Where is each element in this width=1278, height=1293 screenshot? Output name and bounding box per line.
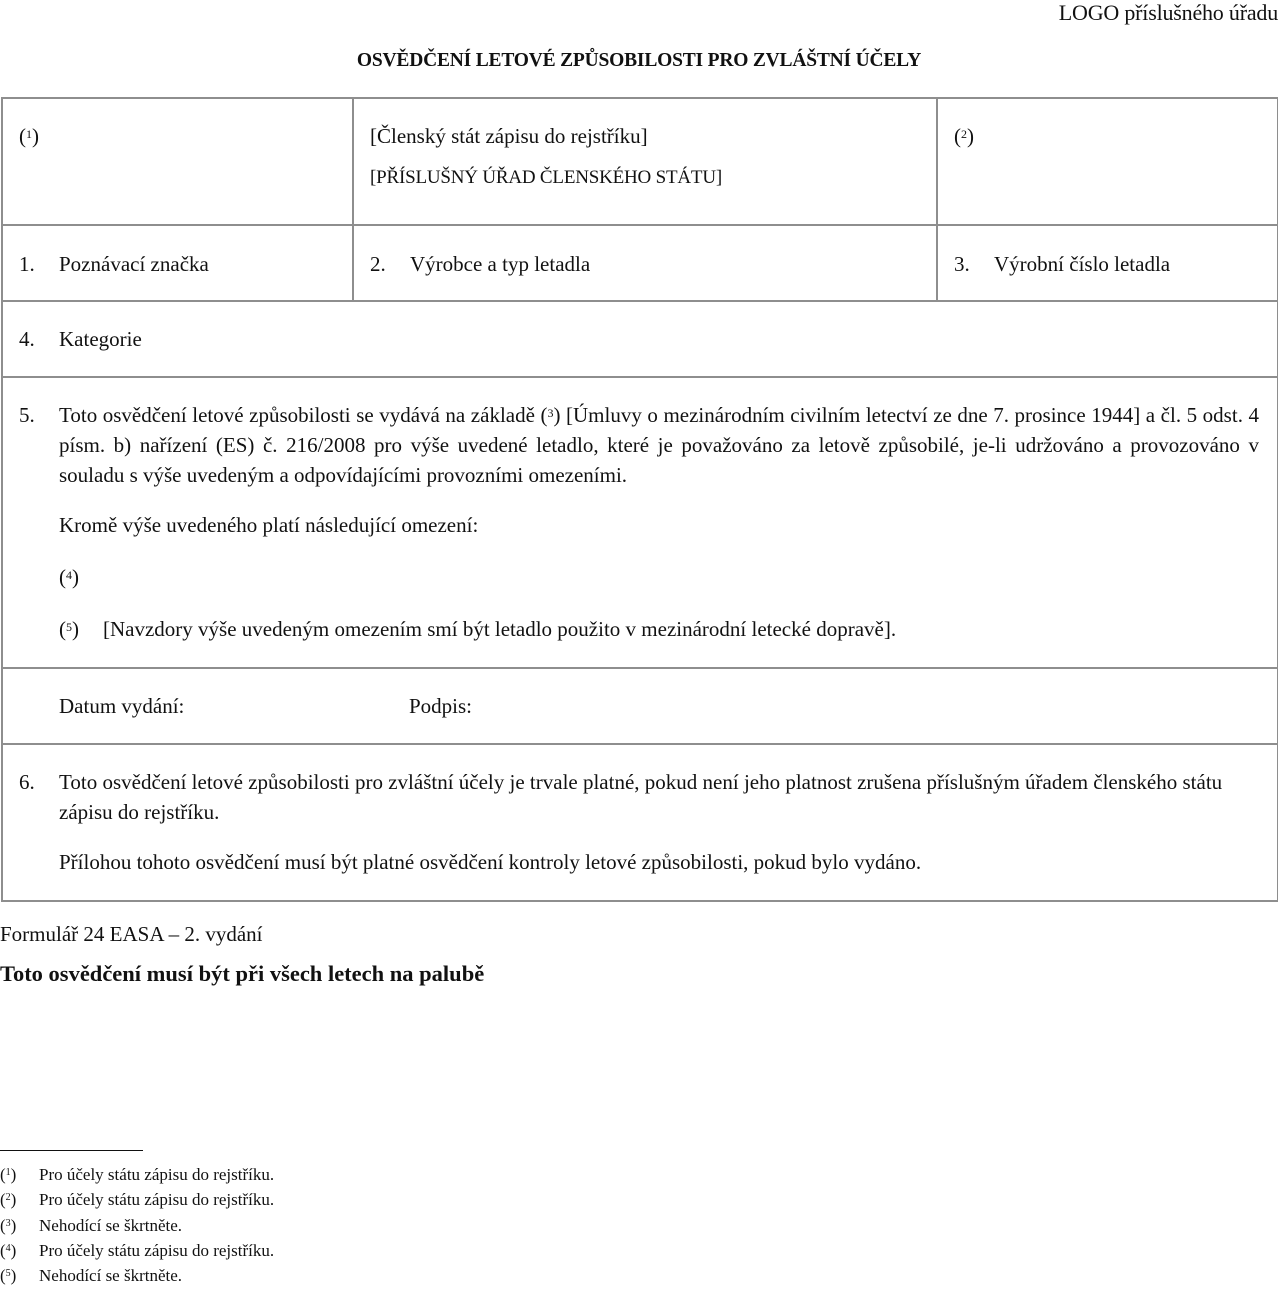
onboard-notice: Toto osvědčení musí být při všech letech…	[0, 959, 484, 989]
basis-row: 5. Toto osvědčení letové způsobilosti se…	[2, 377, 1278, 668]
footnote-separator	[0, 1150, 143, 1151]
serial-number-label: Výrobní číslo letadla	[994, 249, 1277, 279]
footnote-ref-1: (1)	[3, 99, 352, 151]
authority-logo-placeholder: LOGO příslušného úřadu	[1059, 0, 1278, 26]
registration-mark-label: Poznávací značka	[59, 249, 352, 279]
footnote-item: (1) Pro účely státu zápisu do rejstříku.	[0, 1162, 274, 1187]
aircraft-identification-row: 1. Poznávací značka 2. Výrobce a typ let…	[2, 225, 1278, 301]
manufacturer-type-field: 2. Výrobce a typ letadla	[353, 225, 937, 301]
validity-cell: 6. Toto osvědčení letové způsobilosti pr…	[2, 744, 1278, 901]
category-row: 4. Kategorie	[2, 301, 1278, 377]
attachment-statement: Přílohou tohoto osvědčení musí být platn…	[59, 847, 1261, 877]
signature-field: Podpis:	[409, 691, 472, 721]
serial-number-field: 3. Výrobní číslo letadla	[937, 225, 1278, 301]
footnote-item: (3) Nehodící se škrtněte.	[0, 1213, 274, 1238]
issue-row: Datum vydání: Podpis:	[2, 668, 1278, 744]
footnote-item: (2) Pro účely státu zápisu do rejstříku.	[0, 1187, 274, 1212]
footnote-item: (5) Nehodící se škrtněte.	[0, 1263, 274, 1288]
footnote-ref-2: (2)	[938, 99, 1277, 151]
certificate-form-table: (1) [Členský stát zápisu do rejstříku] […	[1, 97, 1278, 902]
basis-cell: 5. Toto osvědčení letové způsobilosti se…	[2, 377, 1278, 668]
footnote-item: (4) Pro účely státu zápisu do rejstříku.	[0, 1238, 274, 1263]
validity-statement: Toto osvědčení letové způsobilosti pro z…	[59, 767, 1261, 827]
limitations-intro: Kromě výše uvedeného platí následující o…	[59, 510, 1261, 540]
state-register-cell: (1)	[2, 98, 353, 225]
basis-statement: Toto osvědčení letové způsobilosti se vy…	[59, 400, 1261, 490]
date-of-issue-field: Datum vydání:	[59, 691, 409, 721]
competent-authority-label: [PŘÍSLUŠNÝ ÚŘAD ČLENSKÉHO STÁTU]	[370, 163, 936, 193]
international-transport-note: (5) [Navzdory výše uvedeným omezením smí…	[59, 614, 1261, 644]
issuing-state-row: (1) [Členský stát zápisu do rejstříku] […	[2, 98, 1278, 225]
member-state-label: [Členský stát zápisu do rejstříku]	[370, 121, 936, 151]
member-state-cell: [Členský stát zápisu do rejstříku] [PŘÍS…	[353, 98, 937, 225]
validity-row: 6. Toto osvědčení letové způsobilosti pr…	[2, 744, 1278, 901]
form-identifier: Formulář 24 EASA – 2. vydání	[0, 920, 263, 948]
limitations-ref: (4)	[59, 562, 1261, 592]
category-field: 4. Kategorie	[2, 301, 1278, 377]
document-title: OSVĚDČENÍ LETOVÉ ZPŮSOBILOSTI PRO ZVLÁŠT…	[0, 48, 1278, 74]
issue-cell: Datum vydání: Podpis:	[2, 668, 1278, 744]
category-label: Kategorie	[59, 324, 1277, 354]
registration-mark-field: 1. Poznávací značka	[2, 225, 353, 301]
manufacturer-type-label: Výrobce a typ letadla	[410, 249, 936, 279]
state-register-cell-2: (2)	[937, 98, 1278, 225]
footnotes: (1) Pro účely státu zápisu do rejstříku.…	[0, 1162, 274, 1288]
